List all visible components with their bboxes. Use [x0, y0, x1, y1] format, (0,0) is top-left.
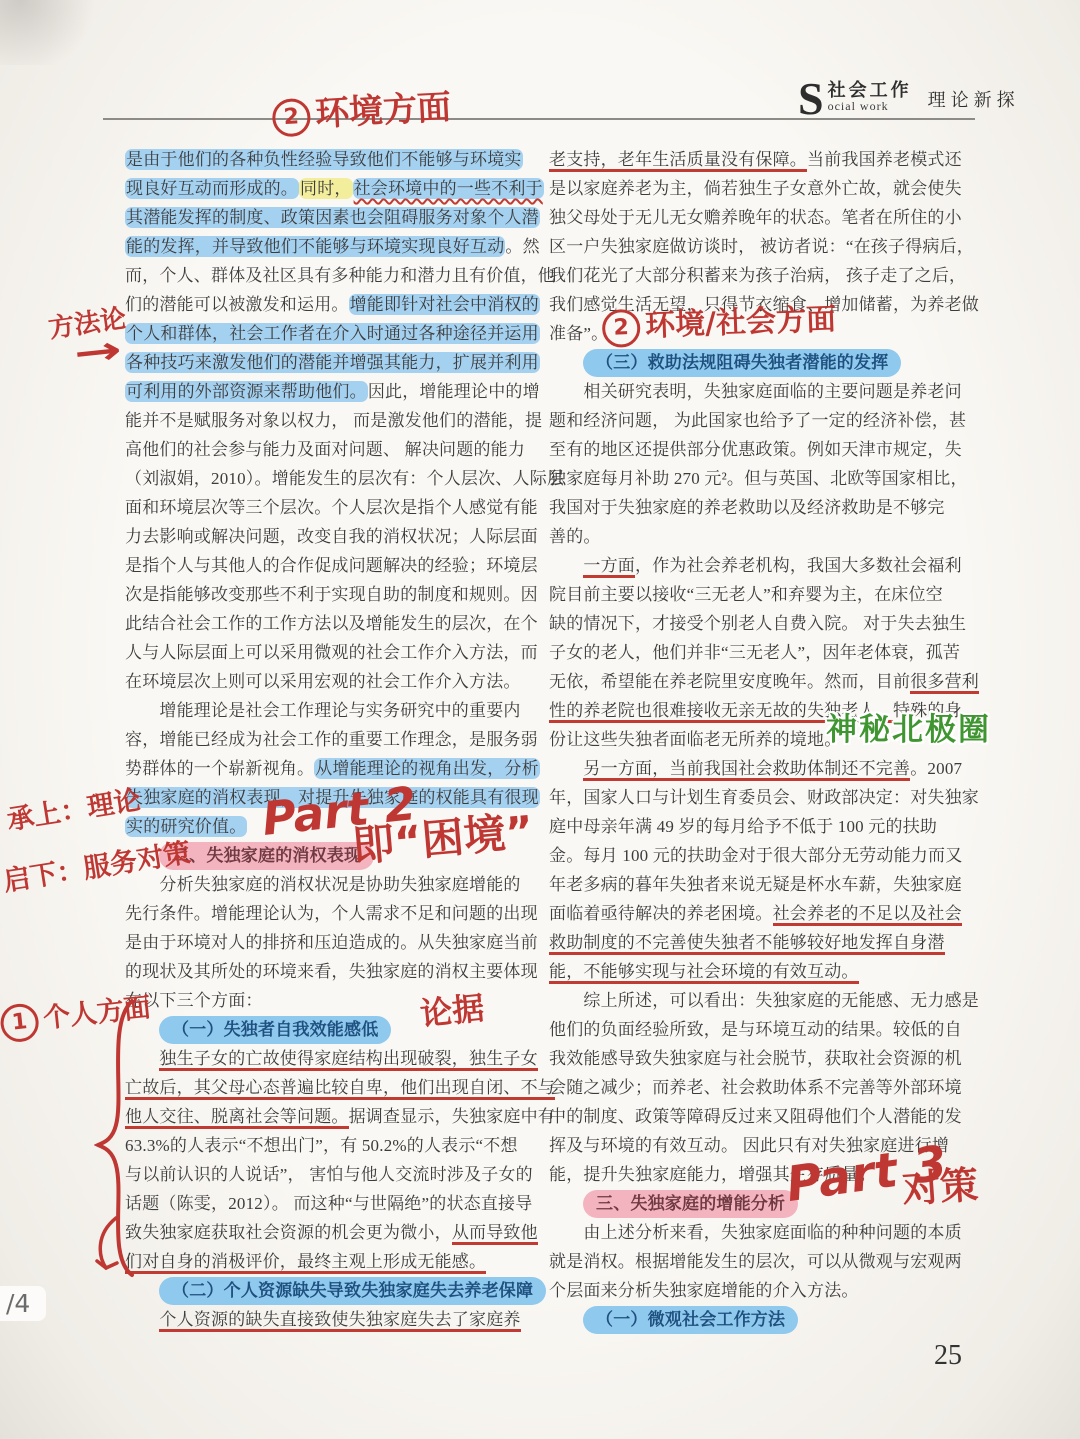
- text-line: 老支持，老年生活质量没有保障。当前我国养老模式还: [549, 145, 975, 174]
- text-segment: 会随之减少；而养老、社会救助体系不完善等外部环境: [549, 1078, 962, 1097]
- page-number: 25: [934, 1340, 962, 1372]
- text-segment: 面临着亟待解决的养老困境。: [549, 904, 773, 923]
- text-segment: （刘淑娟，2010）。增能发生的层次有：个人层次、人际层: [125, 469, 564, 488]
- text-line: 救助制度的不完善使失独者不能够较好地发挥自身潜: [549, 928, 975, 957]
- text-line: 相关研究表明，失独家庭面临的主要问题是养老问: [549, 377, 975, 406]
- text-segment: 缺的情况下，才接受个别老人自费入院。 对于失去独生: [549, 614, 966, 633]
- journal-logo-initial: S: [798, 78, 824, 120]
- text-segment: 独生子女的亡故使得家庭结构出现破裂，独生子女: [159, 1049, 537, 1071]
- text-segment: （一）失独者自我效能感低: [172, 1020, 378, 1039]
- text-line: 个人和群体，社会工作者在介入时通过各种途径并运用: [125, 319, 551, 348]
- text-line: 与以前认识的人说话”， 害怕与他人交流时涉及子女的: [125, 1160, 551, 1189]
- text-line: 一方面，作为社会养老机构，我国大多数社会福利: [549, 551, 975, 580]
- text-line: 子女的老人，他们并非“三无老人”，因年老体衰，孤苦: [549, 638, 975, 667]
- text-segment: 亡故后，其父母心态普遍比较自卑，他们出现自闭、不与: [125, 1078, 555, 1100]
- text-segment: 区一户失独家庭做访谈时， 被访者说：“在孩子得病后，: [549, 237, 974, 256]
- handwritten-note-countermeasure: 对策: [900, 1153, 980, 1213]
- text-line: 能，不能够实现与社会环境的有效互动。: [549, 957, 975, 986]
- text-segment: 无依，希望能在养老院里安度晚年。然而，目前: [549, 672, 910, 691]
- text-line: 高他们的社会参与能力及面对问题、 解决问题的能力: [125, 435, 551, 464]
- text-line: 是指个人与其他人的合作促成问题解决的经验；环境层: [125, 551, 551, 580]
- circled-number-2: 2: [602, 308, 641, 347]
- section-heading: （一）失独者自我效能感低: [125, 1015, 551, 1044]
- text-line: 另一方面，当前我国社会救助体制还不完善。2007: [549, 754, 975, 783]
- text-line: 中的制度、政策等障碍反过来又阻碍他们个人潜能的发: [549, 1102, 975, 1131]
- text-segment: 年老多病的暮年失独者来说无疑是杯水车薪，失独家庭: [549, 875, 962, 894]
- text-line: 个层面来分析失独家庭增能的介入方法。: [549, 1276, 975, 1305]
- text-segment: 我们花光了大部分积蓄来为孩子治病， 孩子走了之后，: [549, 266, 966, 285]
- journal-logo: 社会工作 ocial work: [828, 80, 912, 113]
- handwritten-note-environment-social: 2环境/社会方面: [601, 294, 836, 348]
- text-line: 其潜能发挥的制度、政策因素也会阻碍服务对象个人潜: [125, 203, 551, 232]
- header-divider: [103, 118, 975, 120]
- text-segment: 话题（陈雯，2012）。 而这种“与世隔绝”的状态直接导: [125, 1194, 532, 1213]
- text-segment: 与以前认识的人说话”， 害怕与他人交流时涉及子女的: [125, 1165, 533, 1184]
- text-segment: 增能理论是社会工作理论与实务研究中的重要内: [125, 701, 521, 720]
- journal-column-title: 理论新探: [928, 86, 1020, 112]
- text-column-left: 是由于他们的各种负性经验导致他们不能够与环境实现良好互动而形成的。同时，社会环境…: [125, 145, 551, 1334]
- text-segment: 子女的老人，他们并非“三无老人”，因年老体衰，孤苦: [549, 643, 960, 662]
- text-segment: 先行条件。增能理论认为，个人需求不足和问题的出现: [125, 904, 538, 923]
- text-line: 此结合社会工作的工作方法以及增能发生的层次，在个: [125, 609, 551, 638]
- text-line: 是以家庭养老为主，倘若独生子女意外亡故，就会使失: [549, 174, 975, 203]
- text-segment: 个人资源的缺失直接致使失独家庭失去了家庭养: [159, 1310, 520, 1332]
- text-segment: 从增能理论的视角出发，分析: [314, 758, 540, 779]
- text-line: 63.3%的人表示“不想出门”，有 50.2%的人表示“不想: [125, 1131, 551, 1160]
- text-line: 无依，希望能在养老院里安度晚年。然而，目前很多营利: [549, 667, 975, 696]
- text-line: 题和经济问题， 为此国家也给予了一定的经济补偿，甚: [549, 406, 975, 435]
- text-line: 先行条件。增能理论认为，个人需求不足和问题的出现: [125, 899, 551, 928]
- text-line: 可利用的外部资源来帮助他们。因此，增能理论中的增: [125, 377, 551, 406]
- text-segment: 是指个人与其他人的合作促成问题解决的经验；环境层: [125, 556, 538, 575]
- text-line: 由上述分析来看，失独家庭面临的种种问题的本质: [549, 1218, 975, 1247]
- text-line: 院目前主要以接收“三无老人”和弃婴为主，在床位空: [549, 580, 975, 609]
- text-segment: 个层面来分析失独家庭增能的介入方法。: [549, 1281, 859, 1300]
- text-segment: 可利用的外部资源来帮助他们。: [125, 381, 368, 402]
- handwritten-note-evidence: 论据: [418, 983, 486, 1035]
- text-segment: 据调查显示，失独家庭中有: [349, 1107, 555, 1126]
- text-segment: 。2007: [910, 759, 962, 778]
- text-segment: 现良好互动而形成的。: [125, 178, 299, 199]
- text-segment: 人与人际层面上可以采用微观的社会工作介入方法，而: [125, 643, 538, 662]
- text-segment: 其潜能发挥的制度、政策因素也会阻碍服务对象个人潜: [125, 207, 540, 228]
- text-line: （刘淑娟，2010）。增能发生的层次有：个人层次、人际层: [125, 464, 551, 493]
- text-line: 能的发挥，并导致他们不能够与环境实现良好互动。然: [125, 232, 551, 261]
- text-line: 势群体的一个崭新视角。从增能理论的视角出发，分析: [125, 754, 551, 783]
- section-heading: （一）微观社会工作方法: [549, 1305, 975, 1334]
- text-segment: 们对自身的消极评价，最终主观上形成无能感。: [125, 1252, 486, 1274]
- text-segment: 我效能感导致失独家庭与社会脱节，获取社会资源的机: [549, 1049, 962, 1068]
- text-line: 个人资源的缺失直接致使失独家庭失去了家庭养: [125, 1305, 551, 1334]
- text-line: 人与人际层面上可以采用微观的社会工作介入方法，而: [125, 638, 551, 667]
- photo-smudge: [0, 0, 105, 65]
- text-line: 他人交往、脱离社会等问题。据调查显示，失独家庭中有: [125, 1102, 551, 1131]
- subsection-heading-pill: （一）失独者自我效能感低: [159, 1016, 391, 1044]
- handwritten-down-arrow-icon: [86, 1216, 126, 1278]
- text-line: 独生子女的亡故使得家庭结构出现破裂，独生子女: [125, 1044, 551, 1073]
- text-segment: 独父母处于无儿无女赡养晚年的状态。笔者在所住的小: [549, 208, 962, 227]
- text-line: 就是消权。根据增能发生的层次，可以从微观与宏观两: [549, 1247, 975, 1276]
- text-segment: （二）个人资源缺失导致失独家庭失去养老保障: [172, 1281, 533, 1300]
- text-line: 我效能感导致失独家庭与社会脱节，获取社会资源的机: [549, 1044, 975, 1073]
- journal-masthead: S 社会工作 ocial work 理论新探: [798, 78, 1020, 120]
- section-heading: （二）个人资源缺失导致失独家庭失去养老保障: [125, 1276, 551, 1305]
- text-segment: 面和环境层次等三个层次。个人层次是指个人感觉有能: [125, 498, 538, 517]
- viewer-page-indicator: /4: [0, 1286, 46, 1321]
- text-segment: 善的。: [549, 527, 601, 546]
- text-line: 善的。: [549, 522, 975, 551]
- text-line: 增能理论是社会工作理论与实务研究中的重要内: [125, 696, 551, 725]
- text-segment: 我国对于失独家庭的养老救助以及经济救助是不够完: [549, 498, 945, 517]
- circled-number-2: 2: [271, 97, 311, 137]
- text-line: 庭中母亲年满 49 岁的每月给予不低于 100 元的扶助: [549, 812, 975, 841]
- text-segment: 二、失独家庭的消权表现: [172, 846, 361, 865]
- section-heading-pill: 三、失独家庭的增能分析: [583, 1190, 798, 1218]
- text-segment: 致失独家庭获取社会资源的机会更为微小，: [125, 1223, 452, 1242]
- text-segment: 很多营利: [910, 672, 979, 694]
- text-line: 在以下三个方面：: [125, 986, 551, 1015]
- journal-page: S 社会工作 ocial work 理论新探 是由于他们的各种负性经验导致他们不…: [0, 0, 1080, 1439]
- text-segment: 能并不是赋服务对象以权力， 而是激发他们的潜能，提: [125, 411, 542, 430]
- text-segment: 他人交往、脱离社会等问题。: [125, 1107, 349, 1129]
- text-segment: ，作为社会养老机构，我国大多数社会福利: [635, 556, 962, 575]
- text-segment: 们的潜能可以被激发和运用。: [125, 295, 349, 314]
- text-line: 各种技巧来激发他们的潜能并增强其能力，扩展并利用: [125, 348, 551, 377]
- text-segment: 是由于环境对人的排挤和压迫造成的。从失独家庭当前: [125, 933, 538, 952]
- text-segment: 至有的地区还提供部分优惠政策。例如天津市规定，失: [549, 440, 962, 459]
- handwritten-note-environment-aspect: 2环境方面: [271, 79, 452, 137]
- text-segment: 金。每月 100 元的扶助金对于很大部分无劳动能力而又: [549, 846, 962, 865]
- text-segment: 准备”。: [549, 324, 608, 343]
- text-line: 的现状及其所处的环境来看，失独家庭的消权主要体现: [125, 957, 551, 986]
- text-segment: （一）微观社会工作方法: [596, 1310, 785, 1329]
- journal-name-cn: 社会工作: [828, 80, 912, 100]
- text-segment: 中的制度、政策等障碍反过来又阻碍他们个人潜能的发: [549, 1107, 962, 1126]
- handwritten-arrow-icon: →: [72, 327, 124, 376]
- text-line: 致失独家庭获取社会资源的机会更为微小，从而导致他: [125, 1218, 551, 1247]
- text-segment: 他们的负面经验所致，是与环境互动的结果。较低的自: [549, 1020, 962, 1039]
- text-segment: 庭中母亲年满 49 岁的每月给予不低于 100 元的扶助: [549, 817, 937, 836]
- text-line: 现良好互动而形成的。同时，社会环境中的一些不利于: [125, 174, 551, 203]
- text-line: 我国对于失独家庭的养老救助以及经济救助是不够完: [549, 493, 975, 522]
- text-line: 容，增能已经成为社会工作的重要工作理念，是服务弱: [125, 725, 551, 754]
- text-segment: 在环境层次上则可以采用宏观的社会工作介入方法。: [125, 672, 521, 691]
- text-line: 力去影响或解决问题，改变自我的消权状况；人际层面: [125, 522, 551, 551]
- text-segment: 题和经济问题， 为此国家也给予了一定的经济补偿，甚: [549, 411, 966, 430]
- text-segment: 因此，增能理论中的增: [368, 382, 540, 401]
- text-segment: [549, 556, 583, 575]
- annotation-text: 环境方面: [314, 87, 452, 134]
- text-line: 独父母处于无儿无女赡养晚年的状态。笔者在所住的小: [549, 203, 975, 232]
- text-line: 独家庭每月补助 270 元²。但与英国、北欧等国家相比，: [549, 464, 975, 493]
- text-segment: 另一方面，当前我国社会救助体制还不完善: [583, 759, 910, 781]
- text-segment: 容，增能已经成为社会工作的重要工作理念，是服务弱: [125, 730, 538, 749]
- circled-number-1: 1: [0, 1002, 40, 1044]
- text-segment: 综上所述，可以看出：失独家庭的无能感、无力感是: [549, 991, 979, 1010]
- text-segment: 老支持，老年生活质量没有保障。: [549, 150, 807, 172]
- text-line: 们对自身的消极评价，最终主观上形成无能感。: [125, 1247, 551, 1276]
- text-segment: 社会养老的不足以及社会: [773, 904, 962, 926]
- text-line: 金。每月 100 元的扶助金对于很大部分无劳动能力而又: [549, 841, 975, 870]
- text-line: 是由于他们的各种负性经验导致他们不能够与环境实: [125, 145, 551, 174]
- text-segment: （三）救助法规阻碍失独者潜能的发挥: [596, 353, 888, 372]
- text-segment: 能，不能够实现与社会环境的有效互动。: [549, 962, 859, 984]
- text-segment: [549, 759, 583, 778]
- text-line: 而，个人、群体及社区具有多种能力和潜力且有价值，他: [125, 261, 551, 290]
- text-segment: 个人和群体，社会工作者在介入时通过各种途径并运用: [125, 323, 540, 344]
- text-line: 他们的负面经验所致，是与环境互动的结果。较低的自: [549, 1015, 975, 1044]
- subsection-heading-pill: （三）救助法规阻碍失独者潜能的发挥: [583, 349, 901, 377]
- text-segment: 次是指能够改变那些不利于实现自助的制度和规则。因: [125, 585, 538, 604]
- text-segment: 此结合社会工作的工作方法以及增能发生的层次，在个: [125, 614, 538, 633]
- text-line: 年，国家人口与计划生育委员会、财政部决定：对失独家: [549, 783, 975, 812]
- text-line: 分析失独家庭的消权状况是协助失独家庭增能的: [125, 870, 551, 899]
- text-line: 话题（陈雯，2012）。 而这种“与世隔绝”的状态直接导: [125, 1189, 551, 1218]
- text-segment: 是由于他们的各种负性经验导致他们不能够与环境实: [125, 149, 523, 170]
- text-segment: 三、失独家庭的增能分析: [596, 1194, 785, 1213]
- section-heading: （三）救助法规阻碍失独者潜能的发挥: [549, 348, 975, 377]
- text-segment: 。然: [505, 237, 539, 256]
- text-line: 综上所述，可以看出：失独家庭的无能感、无力感是: [549, 986, 975, 1015]
- text-segment: 由上述分析来看，失独家庭面临的种种问题的本质: [549, 1223, 962, 1242]
- text-segment: 社会环境中的一些不利于: [353, 178, 544, 199]
- text-line: 至有的地区还提供部分优惠政策。例如天津市规定，失: [549, 435, 975, 464]
- text-line: 年老多病的暮年失独者来说无疑是杯水车薪，失独家庭: [549, 870, 975, 899]
- text-segment: 从而导致他: [452, 1223, 538, 1245]
- text-line: 区一户失独家庭做访谈时， 被访者说：“在孩子得病后，: [549, 232, 975, 261]
- text-segment: 独家庭每月补助 270 元²。但与英国、北欧等国家相比，: [549, 469, 968, 488]
- watermark: 神秘北极圈: [826, 704, 991, 749]
- text-segment: 势群体的一个崭新视角。: [125, 759, 314, 778]
- journal-name-en: ocial work: [828, 100, 912, 113]
- text-segment: 能的发挥，并导致他们不能够与环境实现良好互动: [125, 236, 505, 257]
- text-segment: 的现状及其所处的环境来看，失独家庭的消权主要体现: [125, 962, 538, 981]
- text-segment: 高他们的社会参与能力及面对问题、 解决问题的能力: [125, 440, 525, 459]
- text-segment: 相关研究表明，失独家庭面临的主要问题是养老问: [549, 382, 962, 401]
- text-segment: 救助制度的不完善使失独者不能够较好地发挥自身潜: [549, 933, 945, 955]
- text-line: 是由于环境对人的排挤和压迫造成的。从失独家庭当前: [125, 928, 551, 957]
- text-segment: 同时，: [299, 178, 353, 199]
- annotation-text: 环境/社会方面: [645, 302, 837, 344]
- text-line: 面临着亟待解决的养老困境。社会养老的不足以及社会: [549, 899, 975, 928]
- text-line: 我们花光了大部分积蓄来为孩子治病， 孩子走了之后，: [549, 261, 975, 290]
- handwritten-note-bridge-up: 承上：理论: [4, 778, 143, 838]
- text-line: 面和环境层次等三个层次。个人层次是指个人感觉有能: [125, 493, 551, 522]
- subsection-heading-pill: （二）个人资源缺失导致失独家庭失去养老保障: [159, 1277, 546, 1305]
- text-segment: 份让这些失独者面临老无所养的境地。: [549, 730, 841, 749]
- text-segment: 力去影响或解决问题，改变自我的消权状况；人际层面: [125, 527, 538, 546]
- text-segment: 年，国家人口与计划生育委员会、财政部决定：对失独家: [549, 788, 979, 807]
- text-line: 能并不是赋服务对象以权力， 而是激发他们的潜能，提: [125, 406, 551, 435]
- text-segment: 63.3%的人表示“不想出门”，有 50.2%的人表示“不想: [125, 1136, 518, 1155]
- text-segment: 而，个人、群体及社区具有多种能力和潜力且有价值，他: [125, 266, 555, 285]
- text-line: 在环境层次上则可以采用宏观的社会工作介入方法。: [125, 667, 551, 696]
- text-segment: 院目前主要以接收“三无老人”和弃婴为主，在床位空: [549, 585, 943, 604]
- text-segment: 分析失独家庭的消权状况是协助失独家庭增能的: [125, 875, 521, 894]
- text-line: 缺的情况下，才接受个别老人自费入院。 对于失去独生: [549, 609, 975, 638]
- text-segment: [125, 1310, 159, 1329]
- text-line: 亡故后，其父母心态普遍比较自卑，他们出现自闭、不与: [125, 1073, 551, 1102]
- subsection-heading-pill: （一）微观社会工作方法: [583, 1306, 798, 1334]
- text-segment: 各种技巧来激发他们的潜能并增强其能力，扩展并利用: [125, 352, 540, 373]
- text-line: 们的潜能可以被激发和运用。增能即针对社会中消权的: [125, 290, 551, 319]
- text-segment: 增能即针对社会中消权的: [349, 294, 540, 315]
- text-segment: 就是消权。根据增能发生的层次，可以从微观与宏观两: [549, 1252, 962, 1271]
- text-segment: 是以家庭养老为主，倘若独生子女意外亡故，就会使失: [549, 179, 962, 198]
- text-segment: 一方面: [583, 556, 635, 578]
- text-segment: 当前我国养老模式还: [807, 150, 962, 169]
- text-line: 次是指能够改变那些不利于实现自助的制度和规则。因: [125, 580, 551, 609]
- text-line: 会随之减少；而养老、社会救助体系不完善等外部环境: [549, 1073, 975, 1102]
